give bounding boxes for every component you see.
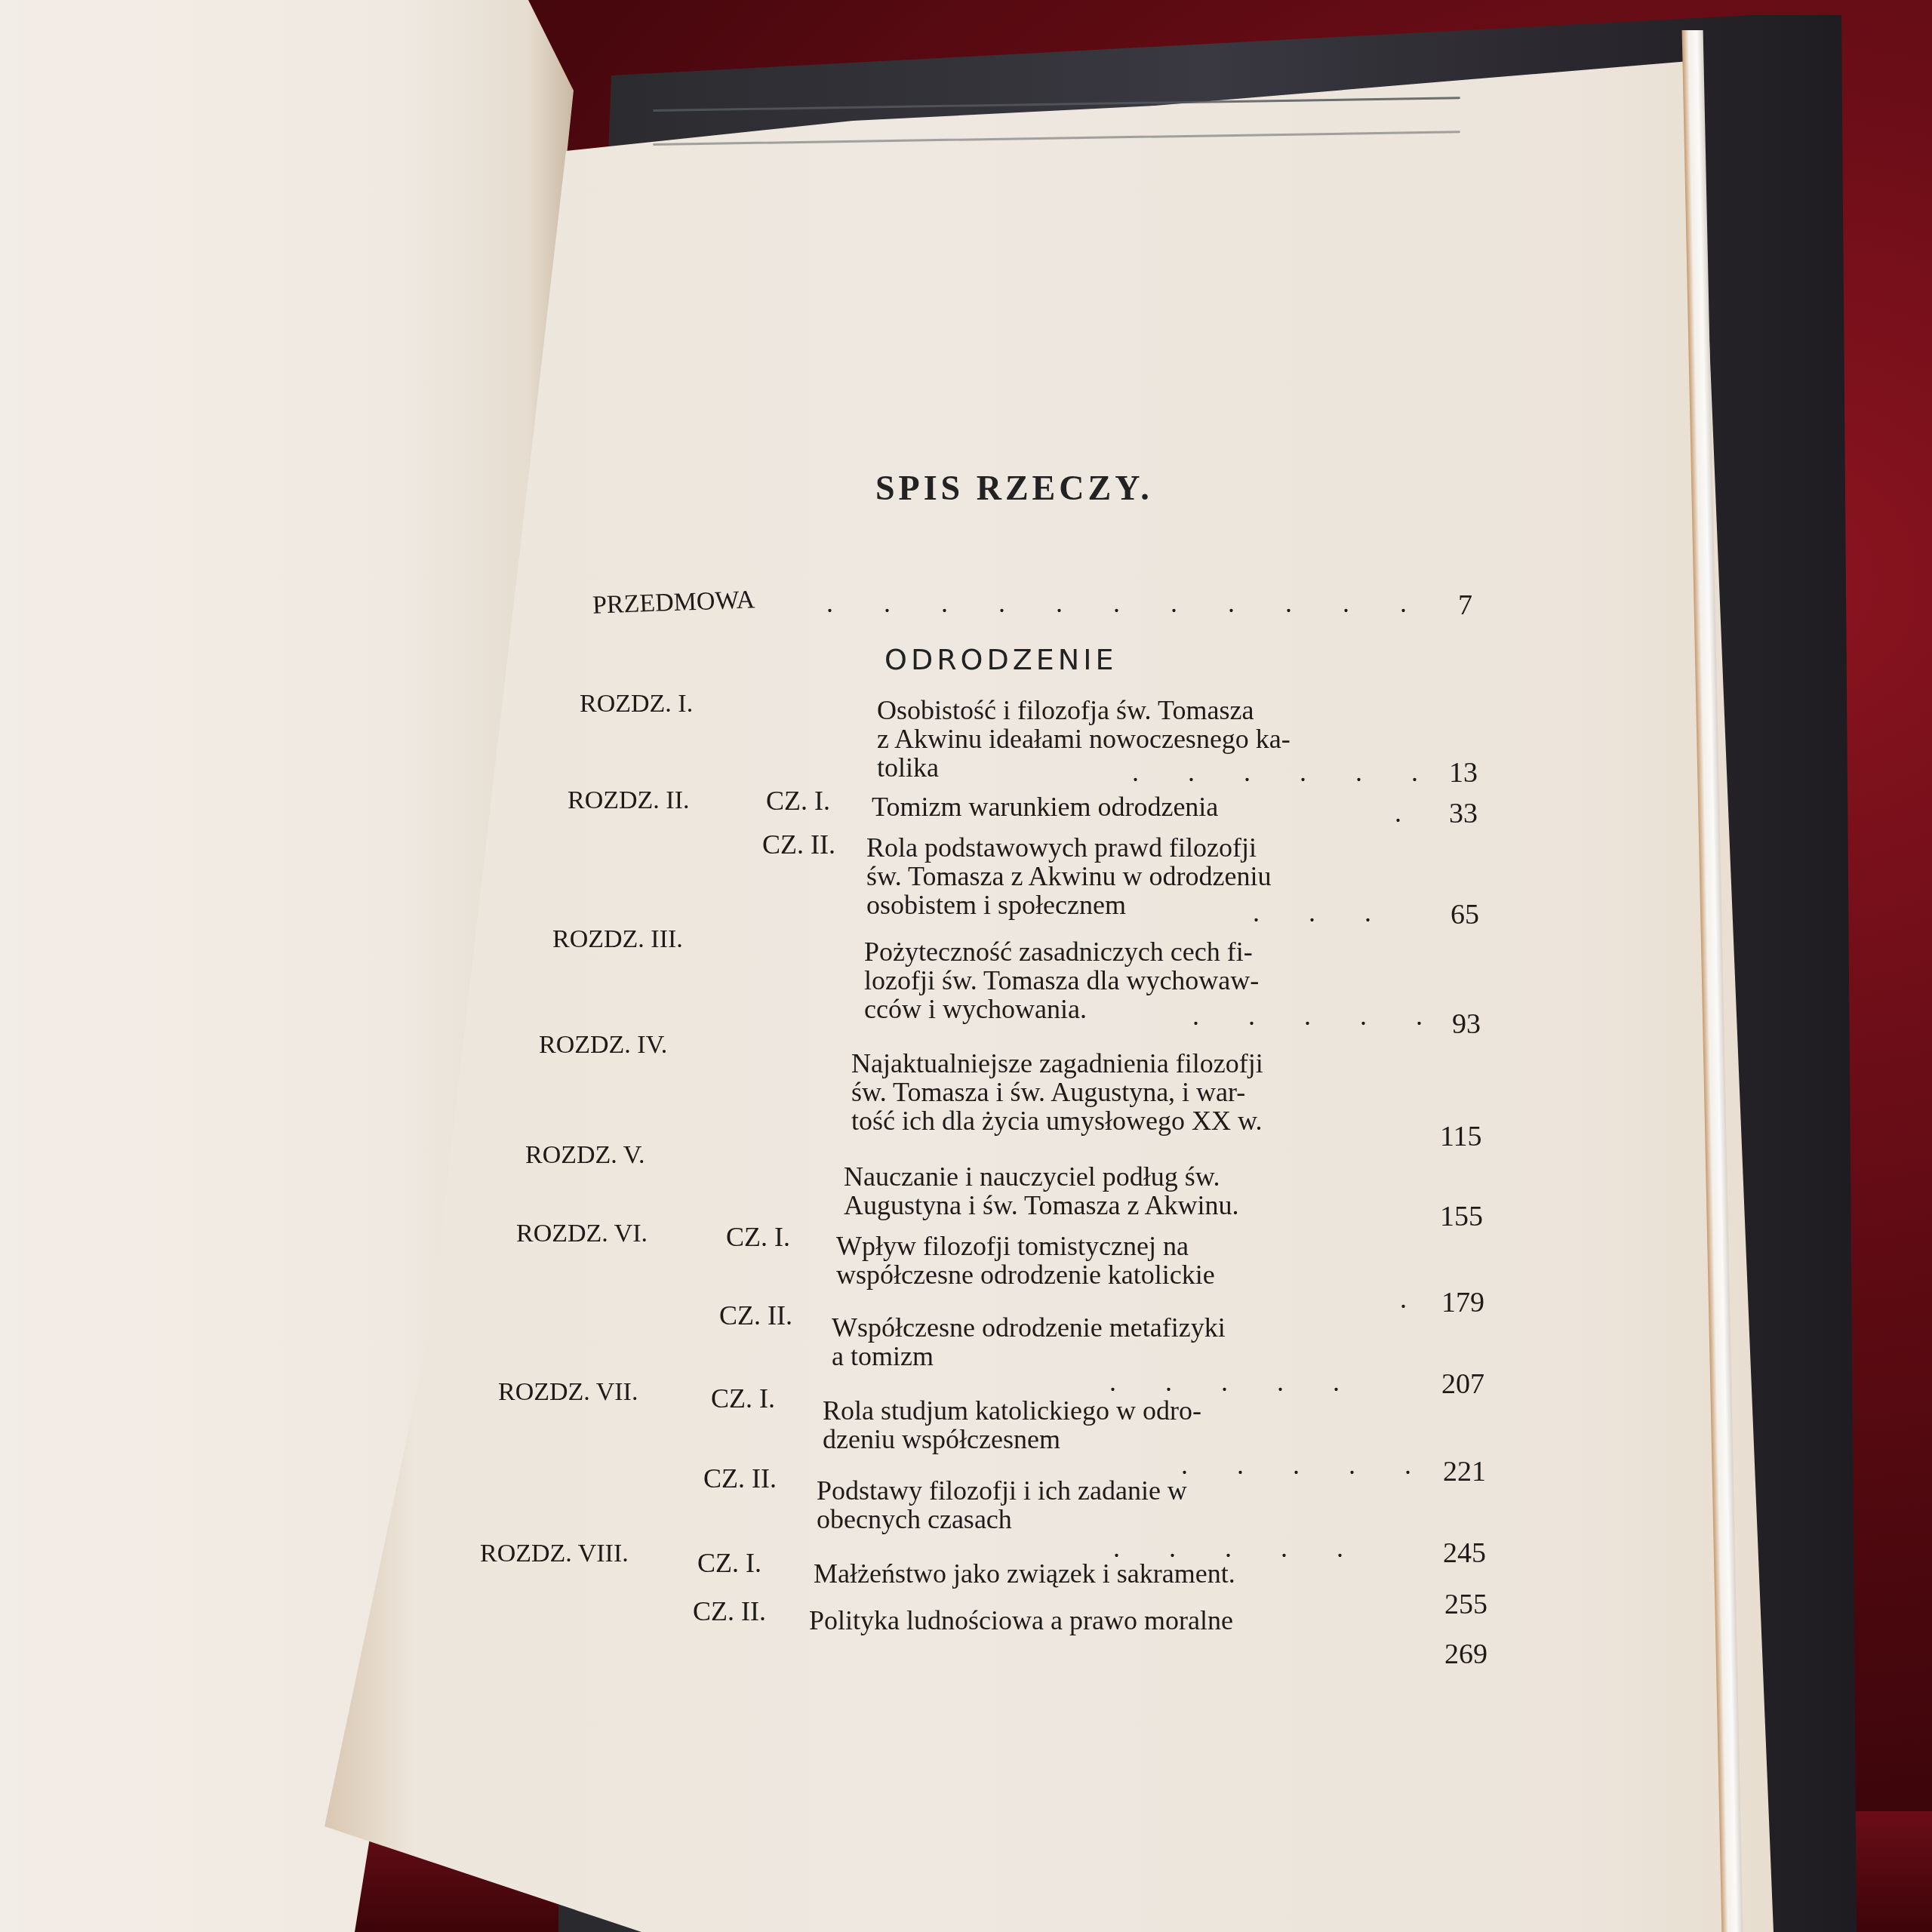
entry-page: 13 — [1449, 756, 1478, 789]
entry-page: 179 — [1441, 1286, 1484, 1319]
entry-page: 255 — [1444, 1588, 1487, 1621]
part-label: CZ. I. — [766, 785, 830, 817]
table-of-contents: SPIS RZECZY. PRZEDMOWA . . . . . . . . .… — [0, 0, 1932, 1932]
entry-page: 115 — [1440, 1120, 1482, 1153]
chapter-label: ROZDZ. III. — [552, 925, 683, 954]
chapter-label: ROZDZ. I. — [580, 690, 693, 718]
entry-page: 269 — [1444, 1638, 1487, 1671]
chapter-label: ROZDZ. VIII. — [480, 1540, 629, 1568]
entry-page: 155 — [1440, 1200, 1483, 1233]
entry-title: Współczesne odrodzenie metafizyki a tomi… — [832, 1313, 1413, 1371]
entry-page: 65 — [1451, 898, 1479, 931]
entry-page: 93 — [1452, 1008, 1481, 1041]
preface-page: 7 — [1458, 589, 1472, 622]
chapter-label: ROZDZ. V. — [525, 1141, 645, 1170]
entry-title: Podstawy filozofji i ich zadanie w obecn… — [817, 1476, 1417, 1534]
entry-dots: . . . . . — [1109, 1366, 1361, 1398]
entry-title: Tomizm warunkiem odrodzenia — [872, 792, 1400, 821]
entry-dots: . . . . . . — [1132, 756, 1439, 788]
part-label: CZ. II. — [762, 829, 835, 860]
part-label: CZ. II. — [719, 1300, 792, 1331]
entry-title: Małżeństwo jako związek i sakrament. — [814, 1559, 1432, 1588]
entry-title: Najaktualniejsze zagadnienia filozofji ś… — [851, 1049, 1410, 1135]
preface-dots: . . . . . . . . . . . — [826, 587, 1429, 619]
entry-page: 245 — [1443, 1537, 1486, 1570]
part-label: CZ. II. — [703, 1463, 777, 1494]
chapter-label: ROZDZ. IV. — [539, 1031, 667, 1060]
page-title: SPIS RZECZY. — [875, 468, 1153, 508]
entry-page: 221 — [1443, 1455, 1486, 1488]
entry-title: Polityka ludnościowa a prawo moralne — [809, 1606, 1435, 1635]
entry-title: Wpływ filozofji tomistycznej na współcze… — [836, 1232, 1410, 1289]
chapter-label: ROZDZ. VII. — [498, 1378, 638, 1407]
part-label: CZ. I. — [697, 1547, 761, 1579]
entry-dots: . . . — [1253, 897, 1392, 928]
entry-title: Rola studjum katolickiego w odro- dzeniu… — [823, 1396, 1415, 1454]
part-label: CZ. II. — [693, 1595, 766, 1627]
chapter-label: ROZDZ. VI. — [516, 1220, 648, 1248]
part-label: CZ. I. — [711, 1383, 775, 1414]
entry-dots: . — [1395, 797, 1423, 829]
preface-label: PRZEDMOWA — [592, 586, 755, 620]
entry-dots: . . . . . — [1192, 1000, 1444, 1032]
entry-page: 33 — [1449, 797, 1478, 830]
part-label: CZ. I. — [726, 1221, 790, 1253]
entry-page: 207 — [1441, 1367, 1484, 1401]
photo-scene: SPIS RZECZY. PRZEDMOWA . . . . . . . . .… — [0, 0, 1932, 1932]
entry-title: Nauczanie i nauczyciel podług św. August… — [844, 1162, 1411, 1220]
section-heading: ODRODZENIE — [884, 643, 1117, 676]
entry-dots: . — [1400, 1283, 1428, 1315]
chapter-label: ROZDZ. II. — [568, 786, 689, 815]
